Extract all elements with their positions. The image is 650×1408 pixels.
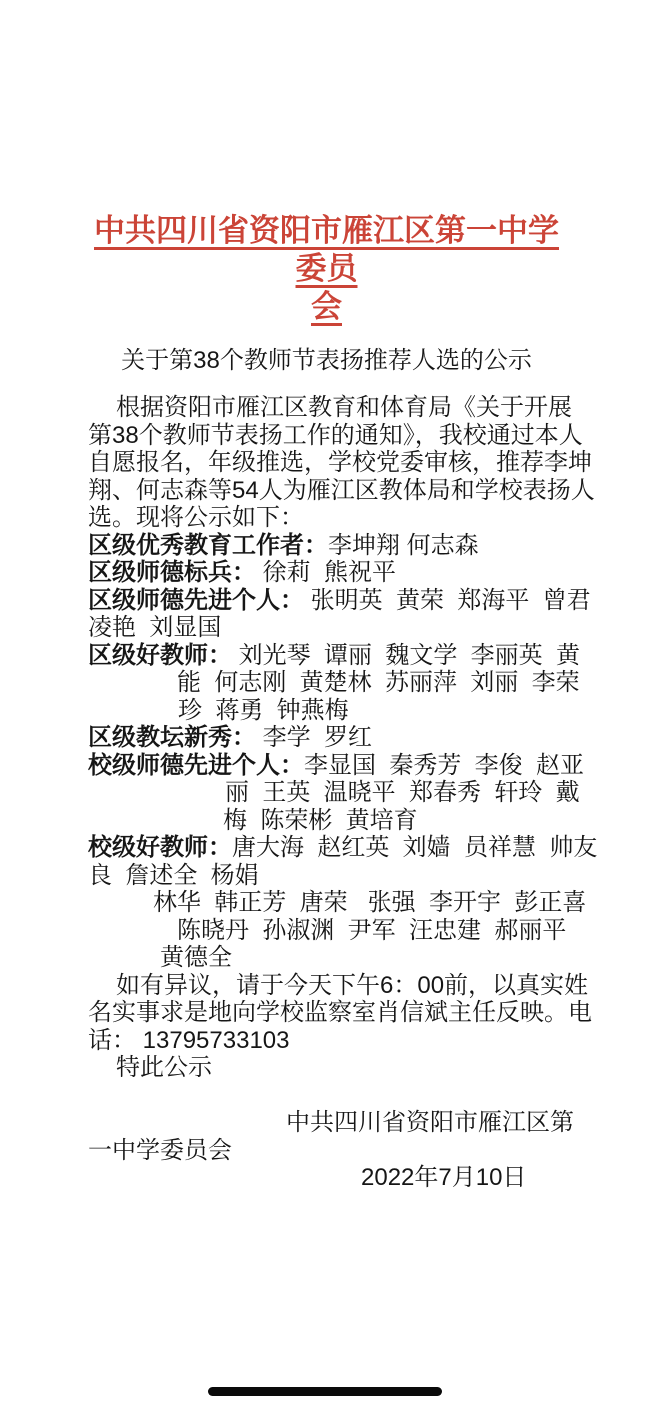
line-text: 凌艳 刘显国 [88, 614, 221, 641]
line-text: 良 詹述全 杨娟 [88, 862, 259, 889]
doc-line: 林华 韩正芳 唐荣 张强 李开宇 彭正喜 [88, 889, 565, 917]
award-line: 区级好教师： 刘光琴 谭丽 魏文学 李丽英 黄 [88, 642, 565, 670]
line-text: 珍 蒋勇 钟燕梅 [178, 697, 349, 724]
line-text: 中共四川省资阳市雁江区第 [286, 1109, 574, 1136]
line-text: 刘光琴 谭丽 魏文学 李丽英 黄 [232, 642, 580, 669]
line-text: 一中学委员会 [88, 1137, 232, 1164]
doc-line: 一中学委员会 [88, 1137, 565, 1165]
award-line: 区级优秀教育工作者：李坤翔 何志森 [88, 532, 565, 560]
doc-line: 梅 陈荣彬 黄培育 [88, 807, 565, 835]
doc-line: 能 何志刚 黄楚林 苏丽萍 刘丽 李荣 [88, 669, 565, 697]
doc-body: 根据资阳市雁江区教育和体育局《关于开展第38个教师节表扬工作的通知》，我校通过本… [88, 394, 565, 1192]
page-title: 中共四川省资阳市雁江区第一中学委员 会 [88, 212, 565, 326]
page-title-line: 会 [88, 288, 565, 326]
award-category-label: 区级好教师： [88, 642, 232, 669]
line-text: 名实事求是地向学校监察室肖信斌主任反映。电 [88, 999, 592, 1026]
award-line: 区级教坛新秀： 李学 罗红 [88, 724, 565, 752]
line-text: 如有异议，请于今天下午6：00前，以真实姓 [116, 972, 588, 999]
line-text: 根据资阳市雁江区教育和体育局《关于开展 [116, 394, 572, 421]
line-text: 话： 13795733103 [88, 1027, 290, 1054]
doc-line: 中共四川省资阳市雁江区第 [88, 1109, 565, 1137]
award-category-label: 校级好教师： [88, 834, 232, 861]
award-category-label: 区级师德标兵： [88, 559, 256, 586]
doc-line: 自愿报名，年级推选，学校党委审核，推荐李坤 [88, 449, 565, 477]
doc-line: 丽 王英 温晓平 郑春秀 轩玲 戴 [88, 779, 565, 807]
doc-line: 良 詹述全 杨娟 [88, 862, 565, 890]
doc-line: 如有异议，请于今天下午6：00前，以真实姓 [88, 972, 565, 1000]
award-line: 区级师德先进个人： 张明英 黄荣 郑海平 曾君 [88, 587, 565, 615]
line-text: 黄德全 [160, 944, 232, 971]
doc-line: 黄德全 [88, 944, 565, 972]
doc-line: 陈晓丹 孙淑渊 尹军 汪忠建 郝丽平 [88, 917, 565, 945]
line-text: 第38个教师节表扬工作的通知》，我校通过本人 [88, 422, 583, 449]
line-text: 陈晓丹 孙淑渊 尹军 汪忠建 郝丽平 [177, 917, 566, 944]
award-category-label: 区级优秀教育工作者： [88, 532, 328, 559]
line-text: 能 何志刚 黄楚林 苏丽萍 刘丽 李荣 [177, 669, 580, 696]
line-text: 自愿报名，年级推选，学校党委审核，推荐李坤 [88, 449, 592, 476]
doc-line: 翔、何志森等54人为雁江区教体局和学校表扬人 [88, 477, 565, 505]
award-line: 校级好教师：唐大海 赵红英 刘嫱 员祥慧 帅友 [88, 834, 565, 862]
doc-line: 凌艳 刘显国 [88, 614, 565, 642]
award-line: 区级师德标兵： 徐莉 熊祝平 [88, 559, 565, 587]
doc-line: 话： 13795733103 [88, 1027, 565, 1055]
doc-line: 第38个教师节表扬工作的通知》，我校通过本人 [88, 422, 565, 450]
award-category-label: 区级师德先进个人： [88, 587, 304, 614]
doc-line: 珍 蒋勇 钟燕梅 [88, 697, 565, 725]
doc-line: 特此公示 [88, 1054, 565, 1082]
line-text: 徐莉 熊祝平 [256, 559, 396, 586]
line-text: 特此公示 [116, 1054, 212, 1081]
notice-document: 中共四川省资阳市雁江区第一中学委员 会 关于第38个教师节表扬推荐人选的公示 根… [0, 212, 650, 1192]
line-text: 张明英 黄荣 郑海平 曾君 [304, 587, 591, 614]
line-text: 唐大海 赵红英 刘嫱 员祥慧 帅友 [232, 834, 597, 861]
line-text: 2022年7月10日 [361, 1164, 526, 1191]
line-text: 翔、何志森等54人为雁江区教体局和学校表扬人 [88, 477, 595, 504]
doc-line: 根据资阳市雁江区教育和体育局《关于开展 [88, 394, 565, 422]
line-text: 李坤翔 何志森 [328, 532, 479, 559]
line-text: 梅 陈荣彬 黄培育 [223, 807, 418, 834]
notice-subtitle: 关于第38个教师节表扬推荐人选的公示 [88, 347, 565, 375]
line-text: 李学 罗红 [256, 724, 372, 751]
page-title-line: 中共四川省资阳市雁江区第一中学委员 [88, 212, 565, 288]
home-indicator[interactable] [208, 1387, 442, 1396]
doc-line: 名实事求是地向学校监察室肖信斌主任反映。电 [88, 999, 565, 1027]
line-text: 丽 王英 温晓平 郑春秀 轩玲 戴 [225, 779, 580, 806]
phone-screen: 中共四川省资阳市雁江区第一中学委员 会 关于第38个教师节表扬推荐人选的公示 根… [0, 0, 650, 1408]
doc-line: 2022年7月10日 [88, 1164, 565, 1192]
award-category-label: 区级教坛新秀： [88, 724, 256, 751]
line-text: 选。现将公示如下： [88, 504, 304, 531]
line-text: 李显国 秦秀芳 李俊 赵亚 [304, 752, 584, 779]
award-line: 校级师德先进个人：李显国 秦秀芳 李俊 赵亚 [88, 752, 565, 780]
doc-line: 选。现将公示如下： [88, 504, 565, 532]
doc-line [88, 1082, 565, 1110]
line-text: 林华 韩正芳 唐荣 张强 李开宇 彭正喜 [153, 889, 586, 916]
award-category-label: 校级师德先进个人： [88, 752, 304, 779]
